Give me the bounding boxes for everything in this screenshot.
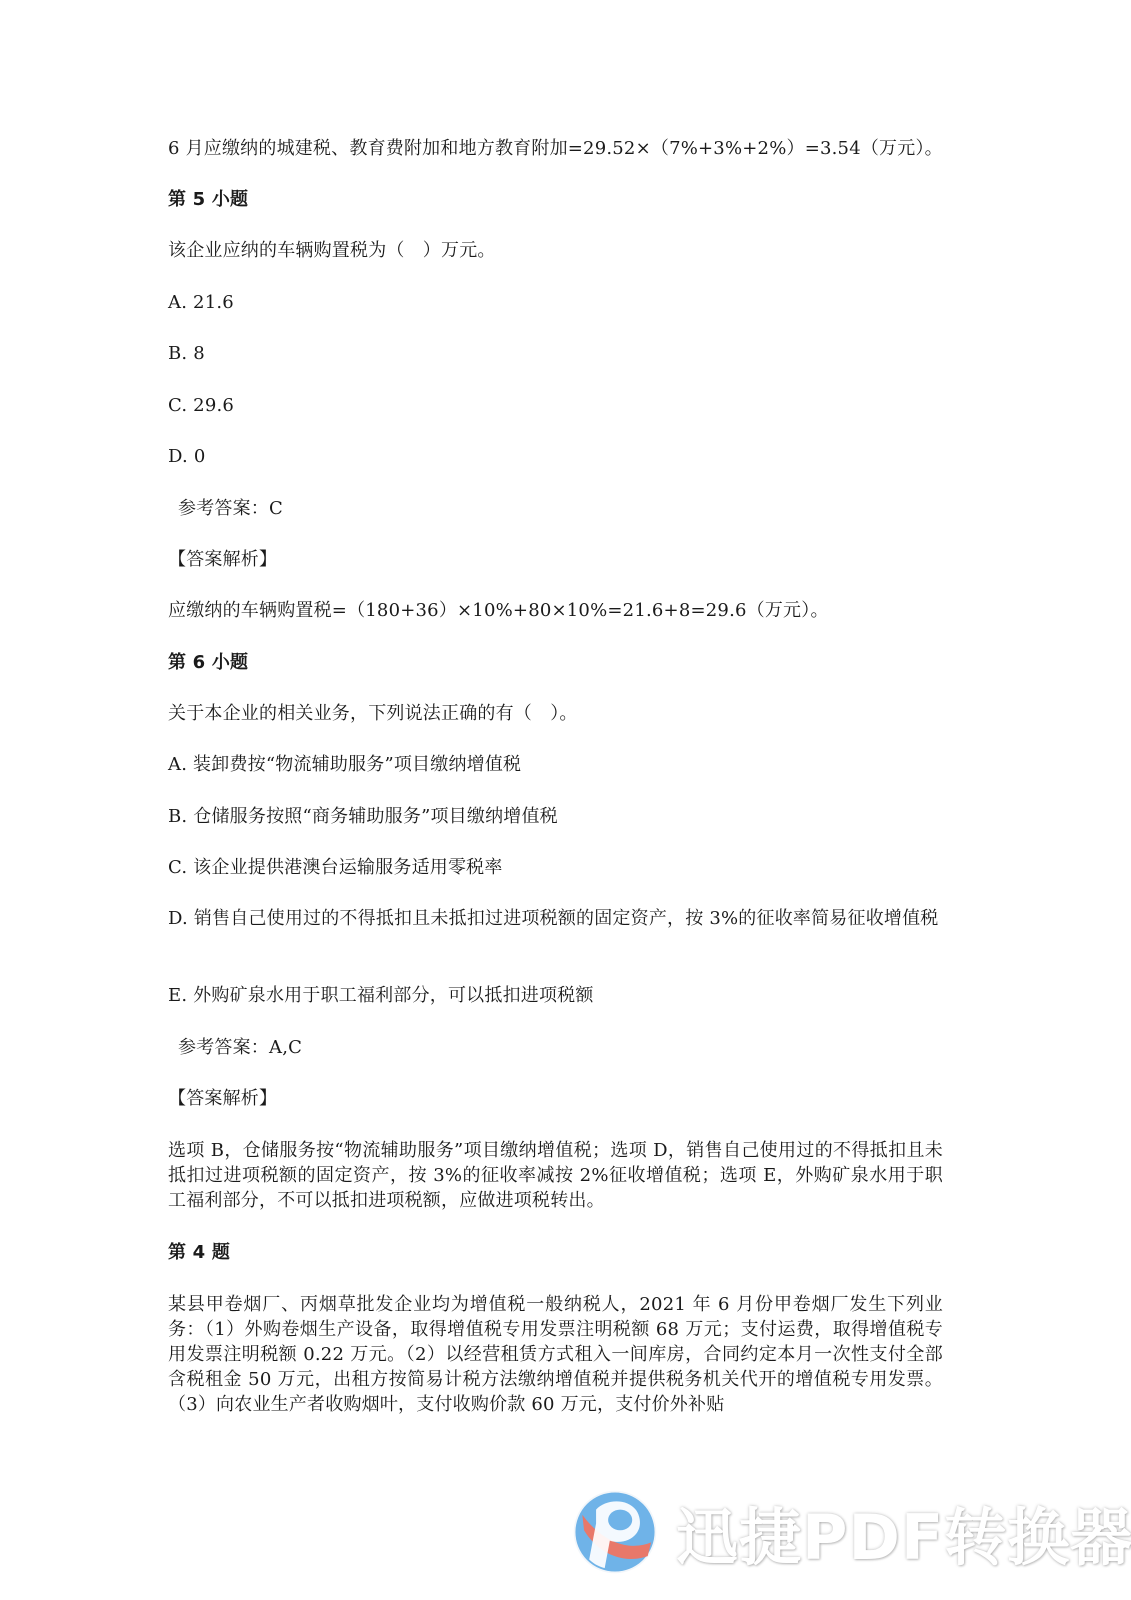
question-6-option-a: A. 装卸费按“物流辅助服务”项目缴纳增值税 [168,752,943,777]
question-5-stem: 该企业应纳的车辆购置税为（ ）万元。 [168,238,943,263]
converter-watermark: 迅捷PDF转换器 [572,1482,1092,1582]
watermark-text: 迅捷PDF转换器 [676,1488,1131,1577]
question-5-option-a: A. 21.6 [168,290,943,315]
question-5-option-b: B. 8 [168,341,943,366]
question-6-analysis: 选项 B，仓储服务按“物流辅助服务”项目缴纳增值税；选项 D，销售自己使用过的不… [168,1138,943,1213]
question-5-answer: 参考答案：C [178,496,953,521]
document-page: 6 月应缴纳的城建税、教育费附加和地方教育附加=29.52×（7%+3%+2%）… [0,0,1131,1600]
question-6-option-e: E. 外购矿泉水用于职工福利部分，可以抵扣进项税额 [168,983,943,1008]
question-5-option-d: D. 0 [168,444,943,469]
question-6-option-b: B. 仓储服务按照“商务辅助服务”项目缴纳增值税 [168,804,943,829]
question-4-body: 某县甲卷烟厂、丙烟草批发企业均为增值税一般纳税人，2021 年 6 月份甲卷烟厂… [168,1292,943,1417]
question-5-heading: 第 5 小题 [168,187,943,212]
question-6-heading: 第 6 小题 [168,650,943,675]
previous-explanation: 6 月应缴纳的城建税、教育费附加和地方教育附加=29.52×（7%+3%+2%）… [168,136,943,161]
question-5-option-c: C. 29.6 [168,393,943,418]
question-6-stem: 关于本企业的相关业务，下列说法正确的有（ ）。 [168,701,943,726]
question-5-analysis-heading: 【答案解析】 [168,547,943,572]
question-6-answer: 参考答案：A,C [178,1035,953,1060]
xunjie-pdf-logo-icon [572,1489,658,1575]
question-4-heading: 第 4 题 [168,1240,943,1265]
question-6-analysis-heading: 【答案解析】 [168,1086,943,1111]
question-6-option-c: C. 该企业提供港澳台运输服务适用零税率 [168,855,943,880]
question-5-analysis: 应缴纳的车辆购置税=（180+36）×10%+80×10%=21.6+8=29.… [168,598,943,623]
question-6-option-d: D. 销售自己使用过的不得抵扣且未抵扣过进项税额的固定资产，按 3%的征收率简易… [168,906,943,931]
